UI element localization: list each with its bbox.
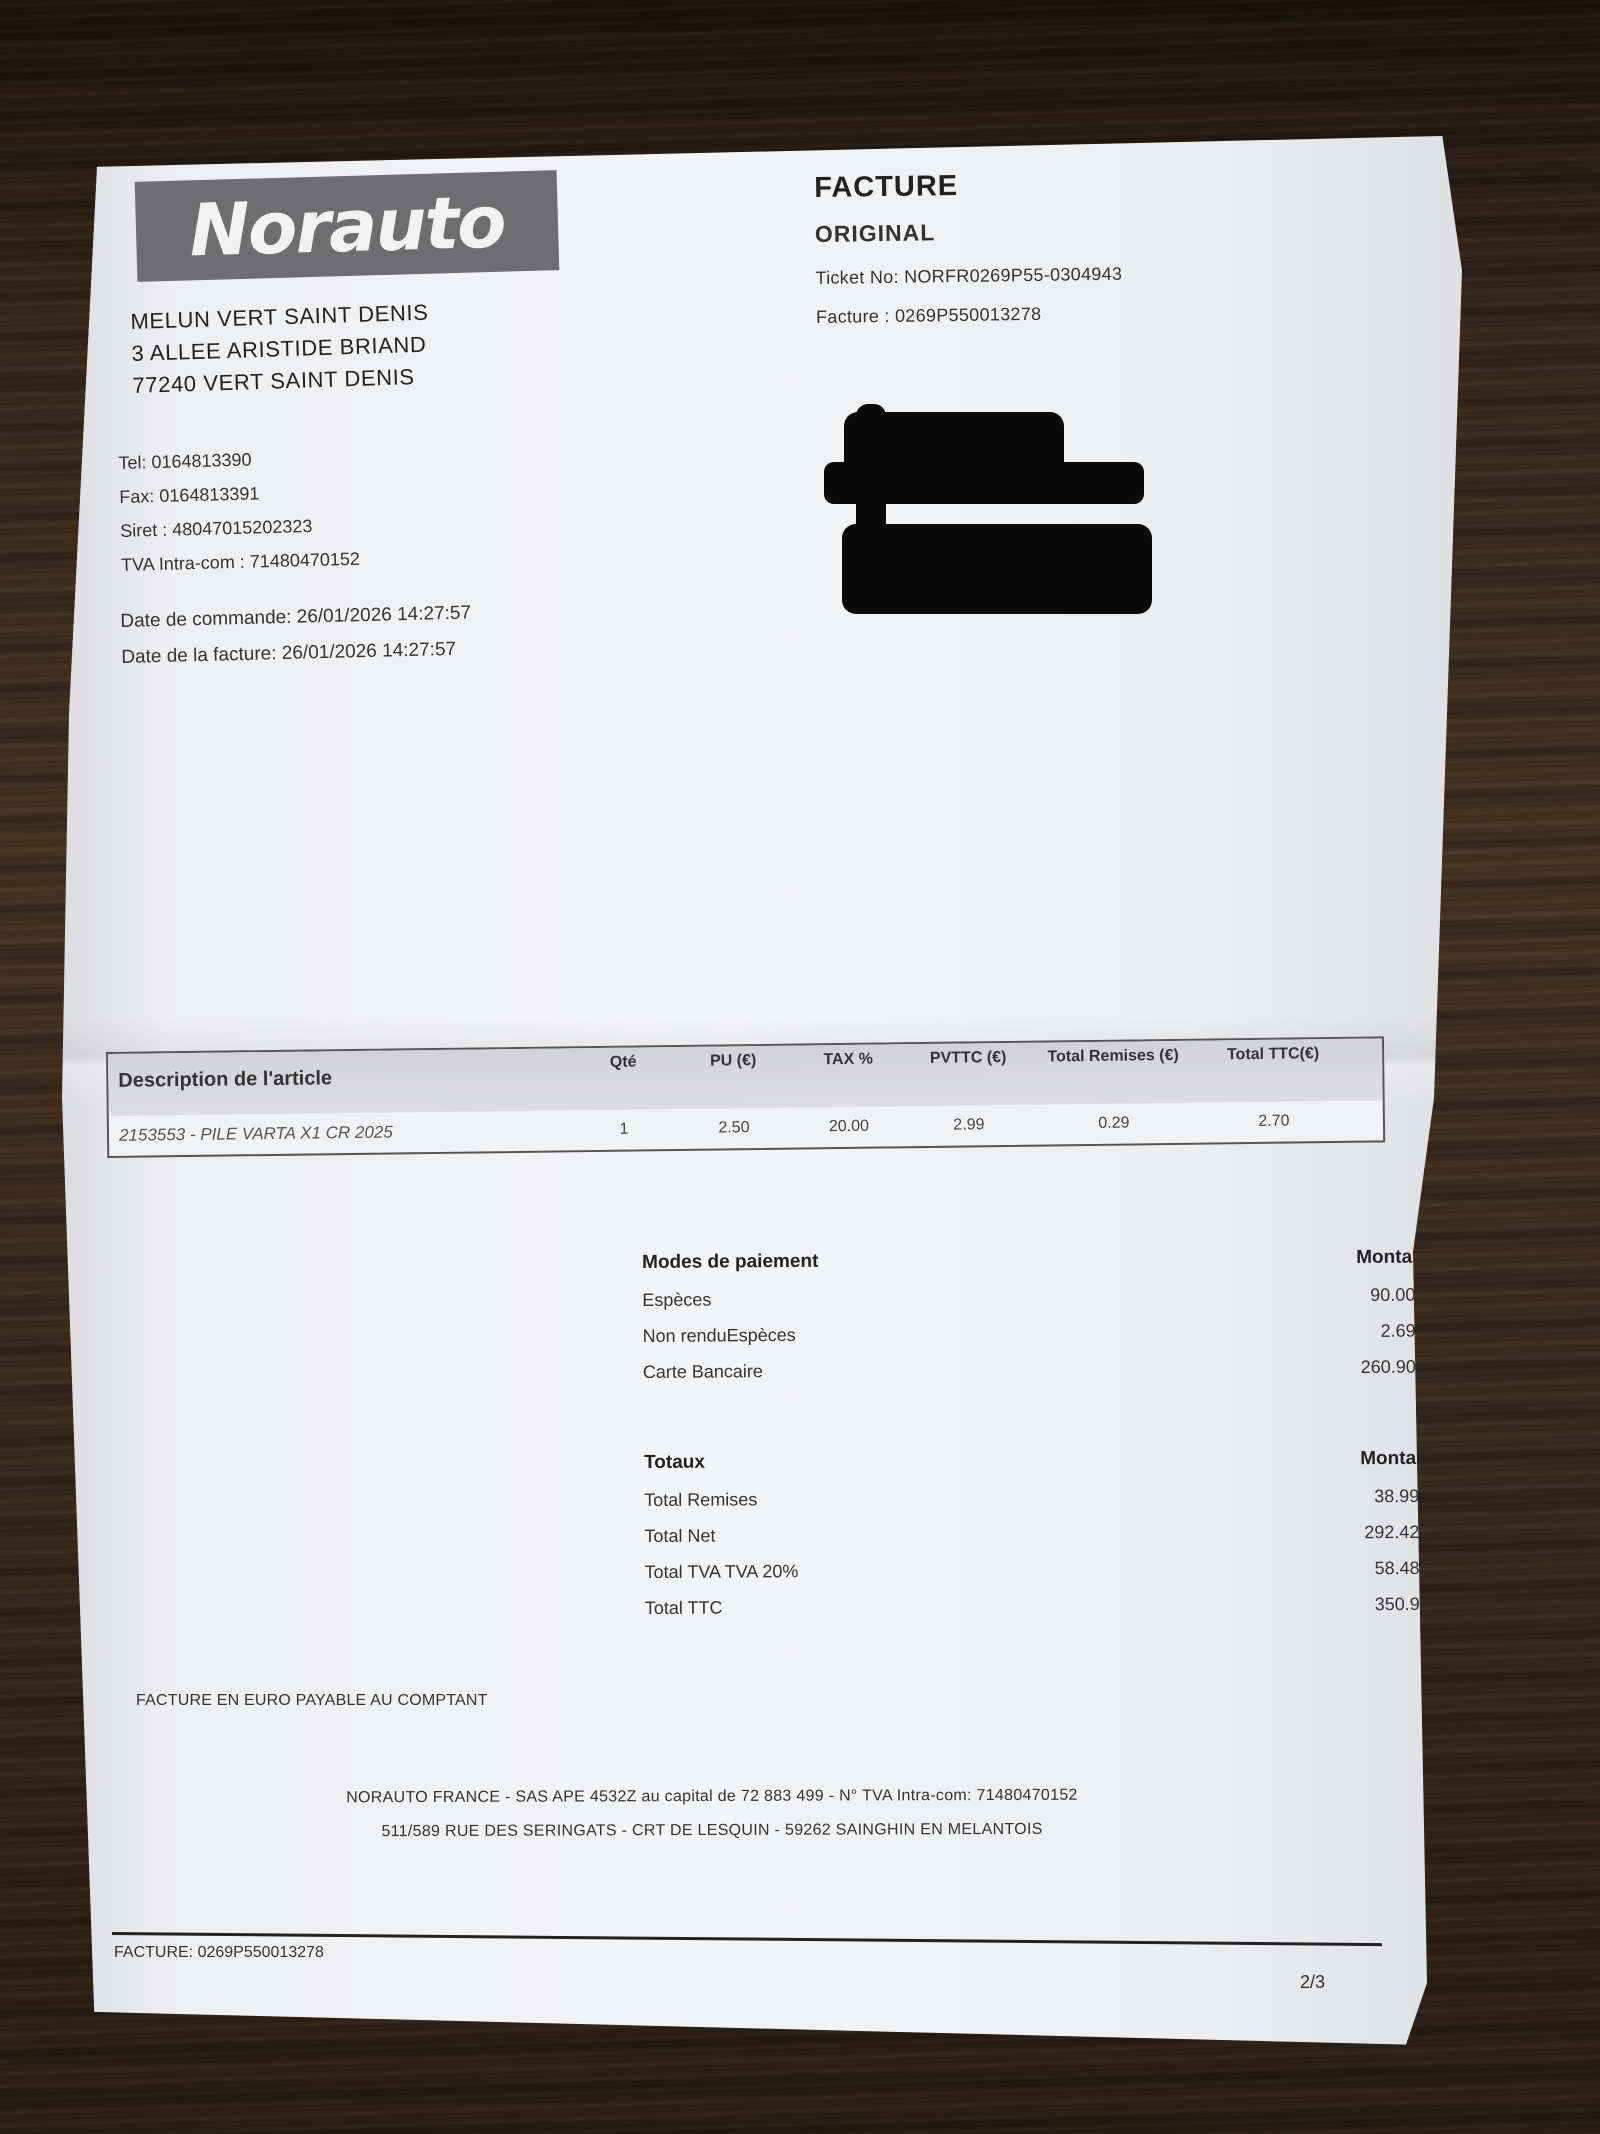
totals-amount: 58.48 € (1375, 1557, 1435, 1578)
payment-header: Modes de paiement Montant (642, 1246, 1430, 1274)
payment-label: Espèces (642, 1289, 711, 1310)
header-description: Description de l'article (108, 1054, 568, 1093)
norauto-logo: Norauto (135, 170, 560, 282)
invoice-number: Facture : 0269P550013278 (816, 303, 1123, 328)
payment-label: Non renduEspèces (643, 1324, 796, 1346)
totals-label: Total Net (644, 1525, 715, 1546)
invoice-dates: Date de commande: 26/01/2026 14:27:57 Da… (120, 595, 472, 676)
page-number: 2/3 (1300, 1972, 1325, 1993)
header-pvttc: PVTTC (€) (908, 1049, 1028, 1068)
header-pu: PU (€) (678, 1052, 788, 1071)
totals-header: Totaux Montant (644, 1448, 1434, 1474)
store-tva: TVA Intra-com : 71480470152 (121, 542, 361, 582)
legal-line-1: NORAUTO FRANCE - SAS APE 4532Z au capita… (62, 1778, 1362, 1817)
legal-notice: NORAUTO FRANCE - SAS APE 4532Z au capita… (62, 1778, 1362, 1851)
item-pu: 2.50 (679, 1119, 789, 1138)
totals-row: Total Remises 38.99 € (644, 1478, 1434, 1518)
totals-label: Total Remises (644, 1489, 757, 1511)
totals-row: Total TTC 350.9 € (645, 1586, 1435, 1626)
item-qty: 1 (569, 1120, 679, 1139)
payment-row: Non renduEspèces 2.69 € (642, 1312, 1430, 1354)
store-address: MELUN VERT SAINT DENIS 3 ALLEE ARISTIDE … (130, 297, 431, 402)
header-qty: Qté (568, 1053, 678, 1072)
payment-row: Carte Bancaire 260.90 € (643, 1348, 1431, 1390)
store-contact: Tel: 0164813390 Fax: 0164813391 Siret : … (118, 440, 360, 582)
invoice-paper: Norauto MELUN VERT SAINT DENIS 3 ALLEE A… (62, 136, 1462, 2060)
document-title: FACTURE (814, 168, 1121, 205)
totals-section: Totaux Montant Total Remises 38.99 € Tot… (644, 1448, 1435, 1626)
invoice-date: Date de la facture: 26/01/2026 14:27:57 (121, 631, 472, 676)
item-tax: 20.00 (789, 1117, 909, 1136)
payment-row: Espèces 90.00 € (642, 1276, 1430, 1318)
redacted-customer-address (824, 394, 1164, 614)
header-ttc: Total TTC(€) (1198, 1045, 1348, 1065)
header-remises: Total Remises (€) (1028, 1047, 1198, 1067)
totals-amount: 350.9 € (1375, 1593, 1435, 1614)
payment-amount: 260.90 € (1361, 1356, 1431, 1377)
payment-methods: Modes de paiement Montant Espèces 90.00 … (642, 1246, 1431, 1389)
totals-amount: 38.99 € (1374, 1485, 1434, 1506)
legal-line-2: 511/589 RUE DES SERINGATS - CRT DE LESQU… (62, 1812, 1362, 1851)
totals-row: Total TVA TVA 20% 58.48 € (645, 1550, 1435, 1590)
payable-note: FACTURE EN EURO PAYABLE AU COMPTANT (136, 1692, 488, 1710)
totals-amount: 292.42 € (1364, 1521, 1434, 1542)
document-header: FACTURE ORIGINAL Ticket No: NORFR0269P55… (814, 168, 1123, 346)
payment-amount: 2.69 € (1380, 1320, 1430, 1341)
header-tax: TAX % (788, 1050, 908, 1069)
item-remises: 0.29 (1029, 1114, 1199, 1134)
item-ttc: 2.70 (1199, 1112, 1349, 1132)
totals-heading: Totaux (644, 1452, 705, 1474)
footer-invoice-ref: FACTURE: 0269P550013278 (114, 1944, 324, 1962)
payment-heading: Modes de paiement (642, 1251, 818, 1274)
totals-label: Total TTC (645, 1597, 723, 1618)
item-pvttc: 2.99 (909, 1116, 1029, 1135)
payment-amount-heading: Montant (1356, 1246, 1430, 1269)
document-subtitle: ORIGINAL (815, 217, 1122, 248)
totals-row: Total Net 292.42 € (644, 1514, 1434, 1554)
totals-amount-heading: Montant (1360, 1448, 1434, 1470)
ticket-number: Ticket No: NORFR0269P55-0304943 (815, 264, 1122, 289)
payment-amount: 90.00 € (1370, 1284, 1430, 1305)
totals-label: Total TVA TVA 20% (645, 1561, 799, 1583)
payment-label: Carte Bancaire (643, 1361, 763, 1383)
items-table: Description de l'article Qté PU (€) TAX … (106, 1036, 1385, 1158)
item-description: 2153553 - PILE VARTA X1 CR 2025 (109, 1120, 569, 1146)
logo-text: Norauto (188, 180, 505, 273)
